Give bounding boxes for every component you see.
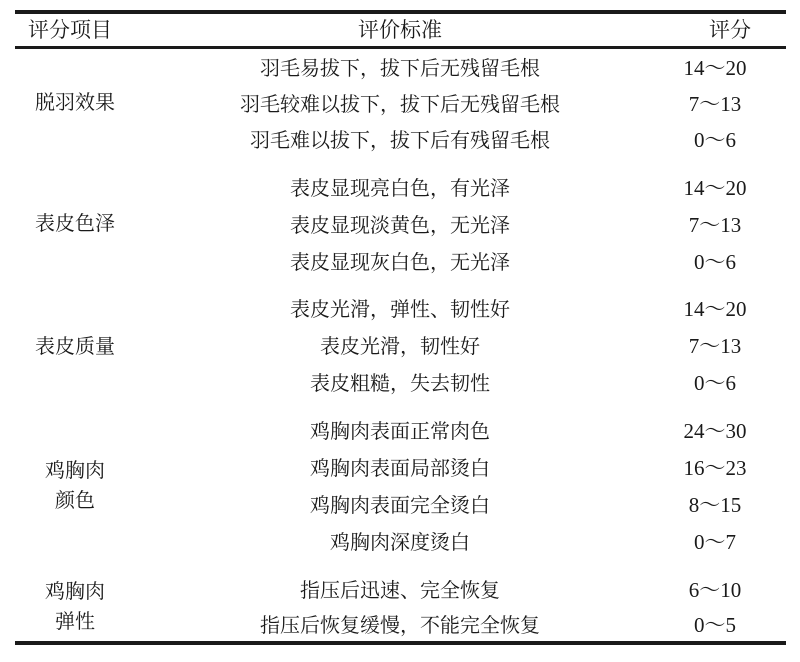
table-row: 鸡胸肉表面完全烫白8～15 (0, 487, 800, 523)
score: 14～20 (660, 170, 770, 206)
table-bottom-rule (15, 641, 786, 645)
table-row: 表皮粗糙，失去韧性0～6 (0, 365, 800, 401)
criterion: 指压后迅速、完全恢复 (180, 572, 620, 608)
score: 0～6 (660, 122, 770, 158)
table-top-rule (15, 10, 786, 14)
table-header-rule (15, 46, 786, 49)
table-row: 羽毛较难以拔下，拔下后无残留毛根7～13 (0, 86, 800, 122)
criterion: 鸡胸肉深度烫白 (180, 524, 620, 560)
criterion: 表皮光滑，弹性、韧性好 (180, 291, 620, 327)
score: 0～6 (660, 365, 770, 401)
criterion: 鸡胸肉表面正常肉色 (180, 413, 620, 449)
criterion: 表皮显现亮白色，有光泽 (180, 170, 620, 206)
criterion: 羽毛难以拔下，拔下后有残留毛根 (180, 122, 620, 158)
table-row: 羽毛难以拔下，拔下后有残留毛根0～6 (0, 122, 800, 158)
table-row: 羽毛易拔下，拔下后无残留毛根14～20 (0, 50, 800, 86)
score: 7～13 (660, 86, 770, 122)
criterion: 羽毛较难以拔下，拔下后无残留毛根 (180, 86, 620, 122)
score: 8～15 (660, 487, 770, 523)
table-row: 表皮显现淡黄色，无光泽7～13 (0, 207, 800, 243)
criterion: 鸡胸肉表面完全烫白 (180, 487, 620, 523)
score: 14～20 (660, 50, 770, 86)
table-row: 指压后恢复缓慢，不能完全恢复0～5 (0, 607, 800, 643)
table-row: 鸡胸肉表面局部烫白16～23 (0, 450, 800, 486)
table-row: 表皮光滑，韧性好7～13 (0, 328, 800, 364)
score: 0～7 (660, 524, 770, 560)
criterion: 羽毛易拔下，拔下后无残留毛根 (180, 50, 620, 86)
header-criterion: 评价标准 (0, 15, 800, 45)
table-row: 表皮显现灰白色，无光泽0～6 (0, 244, 800, 280)
criterion: 指压后恢复缓慢，不能完全恢复 (180, 607, 620, 643)
criterion: 表皮显现淡黄色，无光泽 (180, 207, 620, 243)
table-row: 鸡胸肉深度烫白0～7 (0, 524, 800, 560)
score: 0～6 (660, 244, 770, 280)
table-row: 鸡胸肉表面正常肉色24～30 (0, 413, 800, 449)
score: 7～13 (660, 207, 770, 243)
table-row: 表皮光滑，弹性、韧性好14～20 (0, 291, 800, 327)
score: 16～23 (660, 450, 770, 486)
table-row: 表皮显现亮白色，有光泽14～20 (0, 170, 800, 206)
score: 7～13 (660, 328, 770, 364)
criterion: 表皮显现灰白色，无光泽 (180, 244, 620, 280)
score: 14～20 (660, 291, 770, 327)
criterion: 表皮光滑，韧性好 (180, 328, 620, 364)
criterion: 表皮粗糙，失去韧性 (180, 365, 620, 401)
header-score: 评分 (690, 15, 770, 45)
criterion: 鸡胸肉表面局部烫白 (180, 450, 620, 486)
score: 24～30 (660, 413, 770, 449)
score: 0～5 (660, 607, 770, 643)
table-row: 指压后迅速、完全恢复6～10 (0, 572, 800, 608)
score: 6～10 (660, 572, 770, 608)
